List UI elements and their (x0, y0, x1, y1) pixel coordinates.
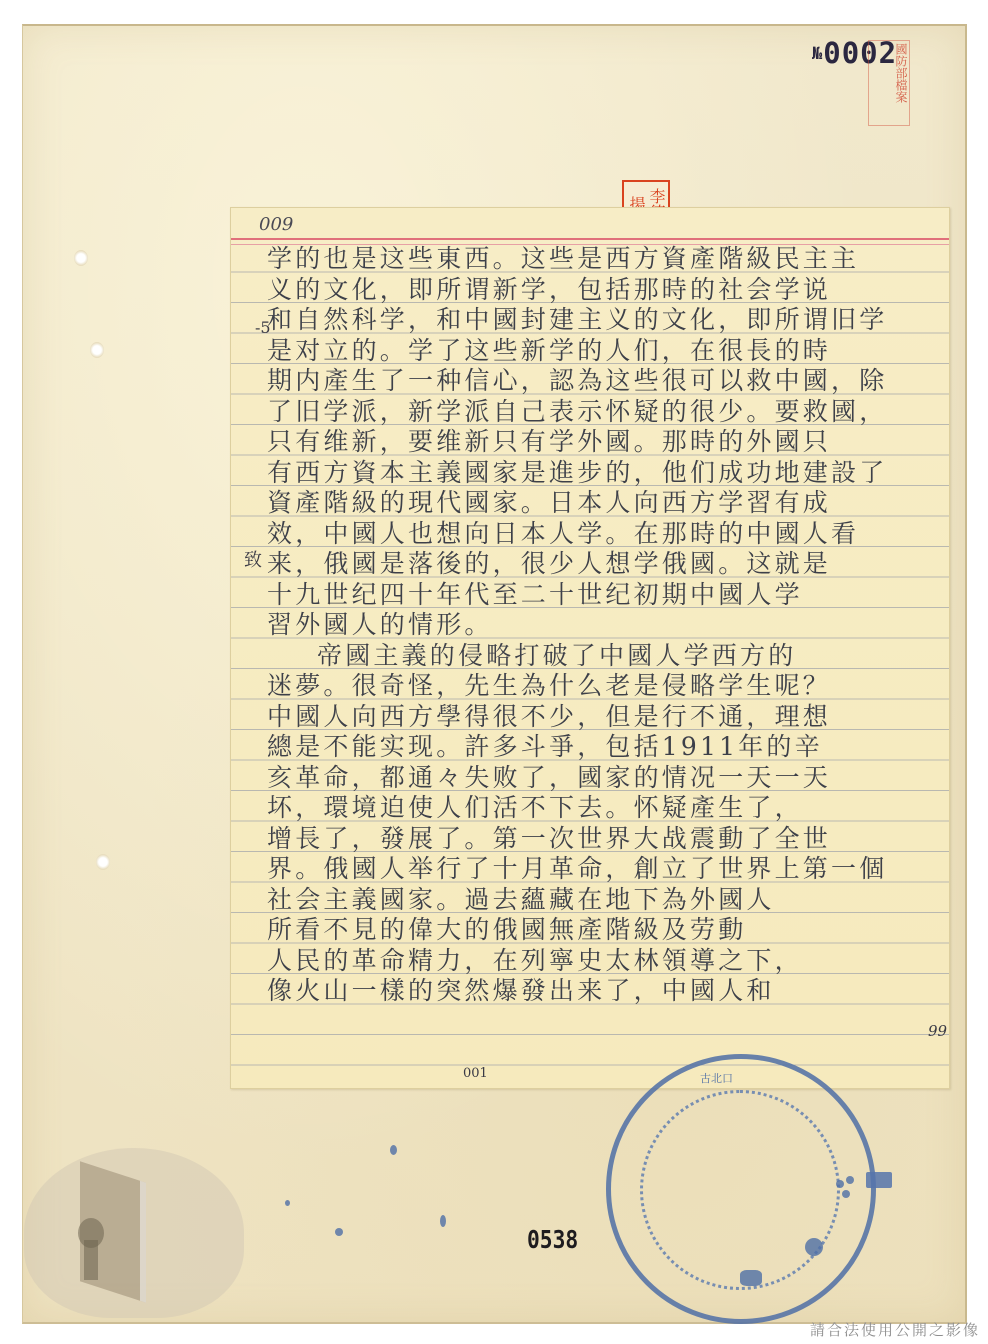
handwritten-note-sheet: 009 学的也是这些東西。这些是西方資產階級民主主义的文化，即所谓新学，包括那時… (230, 207, 950, 1089)
text-line: 像火山一樣的突然爆發出来了，中國人和 (267, 976, 927, 1007)
text-line: 增長了，發展了。第一次世界大战震動了全世 (267, 824, 927, 855)
text-line: 人民的革命精力，在列寧史太林領導之下， (267, 946, 927, 977)
ink-blot (842, 1190, 850, 1198)
archive-watermark-logo (24, 1148, 244, 1318)
text-line: 習外國人的情形。 (267, 610, 927, 641)
text-line: 来，俄國是落後的，很少人想学俄國。这就是 (267, 549, 927, 580)
ink-blot (740, 1270, 762, 1286)
postmark-inner-ring (640, 1090, 840, 1290)
serial-prefix: № (812, 44, 823, 64)
text-line: 是对立的。学了这些新学的人们，在很長的時 (267, 336, 927, 367)
ink-blot (836, 1180, 844, 1188)
handwritten-text: 学的也是这些東西。这些是西方資產階級民主主义的文化，即所谓新学，包括那時的社会学… (267, 244, 927, 1007)
text-line: 了旧学派，新学派自己表示怀疑的很少。要救國， (267, 397, 927, 428)
text-line: 中國人向西方學得很不少，但是行不通，理想 (267, 702, 927, 733)
text-line: 期内產生了一种信心，認為这些很可以救中國，除 (267, 366, 927, 397)
text-line: 坏，環境迫使人们活不下去。怀疑產生了， (267, 793, 927, 824)
ink-blot (390, 1145, 397, 1155)
usage-notice: 請合法使用公開之影像 (810, 1319, 980, 1340)
text-line: 帝國主義的侵略打破了中國人学西方的 (267, 641, 927, 672)
text-line: 社会主義國家。過去蘊藏在地下為外國人 (267, 885, 927, 916)
text-line: 界。俄國人举行了十月革命，創立了世界上第一個 (267, 854, 927, 885)
text-line: 十九世纪四十年代至二十世纪初期中國人学 (267, 580, 927, 611)
text-line: 义的文化，即所谓新学，包括那時的社会学说 (267, 275, 927, 306)
text-line: 資產階級的現代國家。日本人向西方学習有成 (267, 488, 927, 519)
text-line: 亥革命，都通々失败了，國家的情况一天一天 (267, 763, 927, 794)
punch-hole (96, 854, 110, 870)
archive-seal: 國防部檔案 (868, 40, 910, 126)
text-line: 效，中國人也想向日本人学。在那時的中國人看 (267, 519, 927, 550)
punch-hole (74, 250, 88, 266)
text-line: 只有维新，要维新只有学外國。那時的外國只 (267, 427, 927, 458)
text-line: 学的也是这些東西。这些是西方資產階級民主主 (267, 244, 927, 275)
punch-hole (90, 342, 104, 358)
text-line: 迷夢。很奇怪，先生為什么老是侵略学生呢？ (267, 671, 927, 702)
margin-note-right: 99 (928, 1022, 947, 1040)
margin-note-bottom: 001 (463, 1066, 488, 1081)
text-line: 總是不能实现。許多斗爭，包括1911年的辛 (267, 732, 927, 763)
serial-number-bottom: 0538 (527, 1225, 578, 1254)
margin-note-left: -5 (255, 318, 271, 337)
text-line: 所看不見的偉大的俄國無產階級及劳動 (267, 915, 927, 946)
ink-blot (846, 1176, 854, 1184)
text-line: 和自然科学，和中國封建主义的文化，即所谓旧学 (267, 305, 927, 336)
postmark-tab (866, 1172, 892, 1188)
ink-blot (805, 1238, 823, 1256)
ink-blot (335, 1228, 343, 1236)
handwritten-page-number: 009 (259, 214, 293, 235)
keyhole-stem (84, 1240, 98, 1280)
ink-blot (285, 1200, 290, 1206)
postmark-text: 古北口 (700, 1070, 733, 1086)
margin-note-correction: 致 (244, 546, 262, 572)
text-line: 有西方資本主義國家是進步的，他们成功地建設了 (267, 458, 927, 489)
ink-blot (440, 1215, 446, 1227)
